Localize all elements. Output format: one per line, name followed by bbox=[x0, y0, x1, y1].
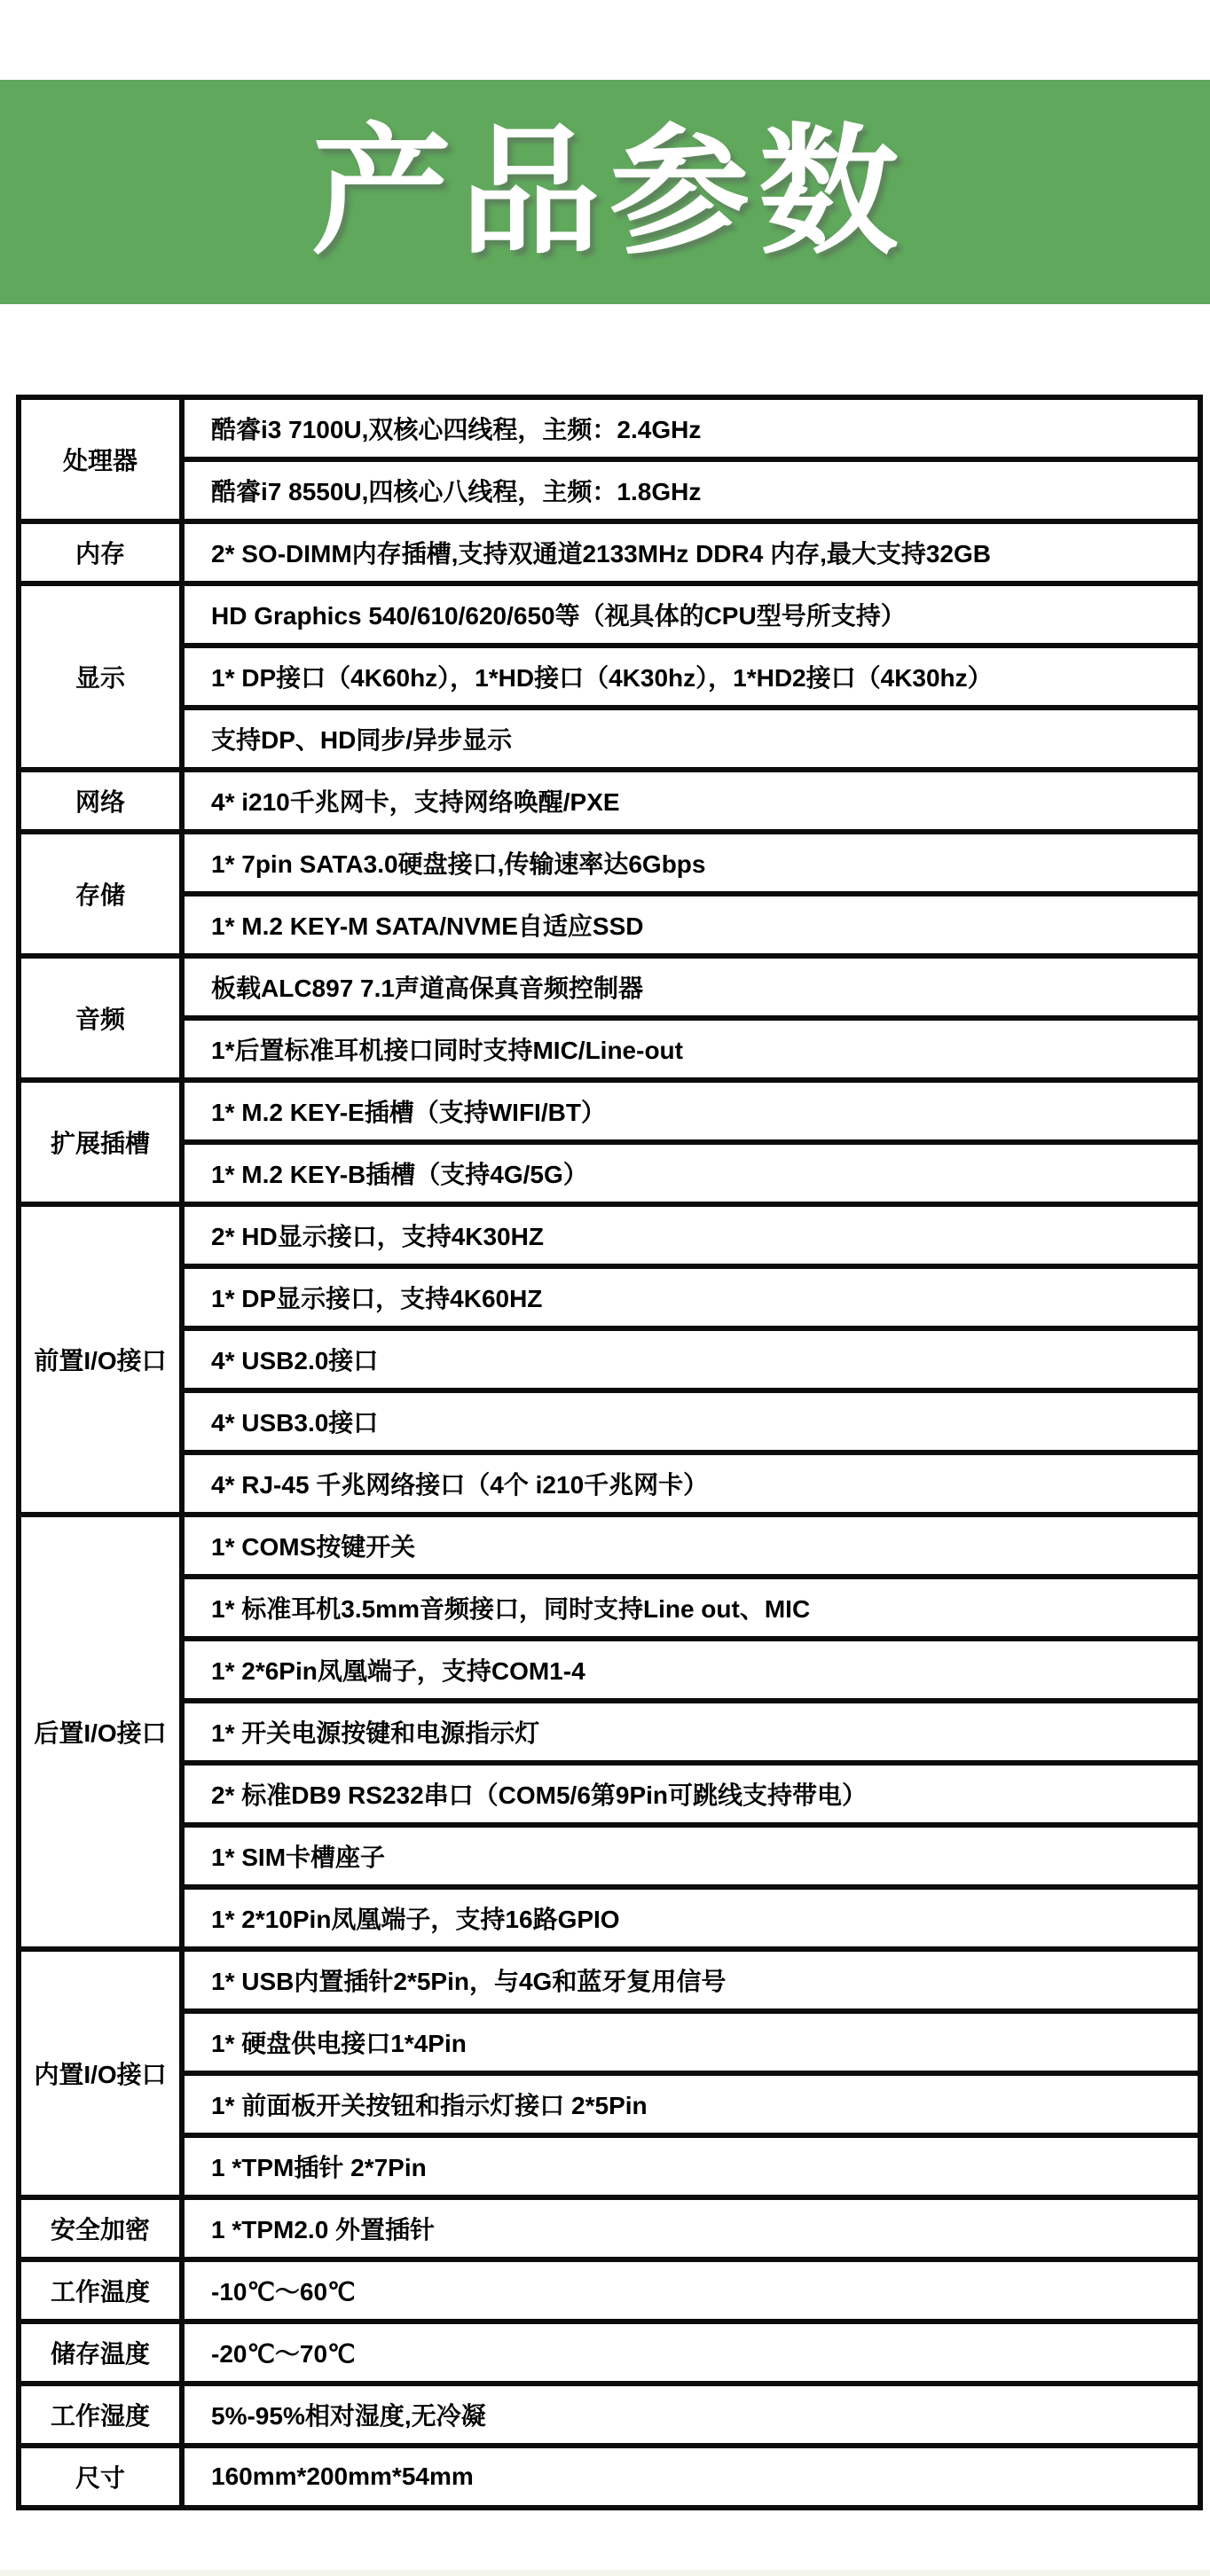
table-row: 存储 1* 7pin SATA3.0硬盘接口,传输速率达6Gbps bbox=[19, 832, 1200, 894]
spec-value: 酷睿i7 8550U,四核心八线程，主频：1.8GHz bbox=[182, 459, 1200, 521]
spec-group-label: 内置I/O接口 bbox=[19, 1949, 182, 2197]
spec-value: 酷睿i3 7100U,双核心四线程，主频：2.4GHz bbox=[182, 397, 1200, 459]
page-title: 产品参数 bbox=[302, 122, 907, 262]
table-row: 扩展插槽 1* M.2 KEY-E插槽（支持WIFI/BT） bbox=[19, 1080, 1200, 1142]
spec-group-label: 扩展插槽 bbox=[19, 1080, 182, 1204]
spec-value: 1* USB内置插针2*5Pin，与4G和蓝牙复用信号 bbox=[182, 1949, 1200, 2011]
spec-value: 1* 2*10Pin凤凰端子，支持16路GPIO bbox=[182, 1887, 1200, 1949]
spec-group-label: 网络 bbox=[19, 770, 182, 832]
spec-value: 1* DP接口（4K60hz），1*HD接口（4K30hz），1*HD2接口（4… bbox=[182, 646, 1200, 708]
table-row: 酷睿i7 8550U,四核心八线程，主频：1.8GHz bbox=[19, 459, 1200, 521]
table-row: 1* 2*6Pin凤凰端子，支持COM1-4 bbox=[19, 1639, 1200, 1701]
spec-value: 1* DP显示接口，支持4K60HZ bbox=[182, 1266, 1200, 1328]
title-banner: 产品参数 bbox=[0, 80, 1210, 304]
table-row: 1* M.2 KEY-B插槽（支持4G/5G） bbox=[19, 1142, 1200, 1204]
table-row: 1* 前面板开关按钮和指示灯接口 2*5Pin bbox=[19, 2073, 1200, 2135]
bottom-strip bbox=[0, 2570, 1210, 2576]
spec-value: 2* 标准DB9 RS232串口（COM5/6第9Pin可跳线支持带电） bbox=[182, 1763, 1200, 1825]
table-row: 支持DP、HD同步/异步显示 bbox=[19, 708, 1200, 770]
table-row: 音频 板载ALC897 7.1声道高保真音频控制器 bbox=[19, 956, 1200, 1018]
spec-table: 处理器 酷睿i3 7100U,双核心四线程，主频：2.4GHz 酷睿i7 855… bbox=[16, 395, 1203, 2510]
spec-value: 板载ALC897 7.1声道高保真音频控制器 bbox=[182, 956, 1200, 1018]
spec-value: 5%-95%相对湿度,无冷凝 bbox=[182, 2384, 1200, 2446]
spec-sheet-page: { "banner": { "title": "产品参数", "bg_color… bbox=[0, 0, 1210, 2576]
spec-group-label: 尺寸 bbox=[19, 2446, 182, 2508]
spec-value: 1* 标准耳机3.5mm音频接口，同时支持Line out、MIC bbox=[182, 1577, 1200, 1639]
spec-value: 1* SIM卡槽座子 bbox=[182, 1825, 1200, 1887]
spec-value: 支持DP、HD同步/异步显示 bbox=[182, 708, 1200, 770]
spec-value: 1* M.2 KEY-M SATA/NVME自适应SSD bbox=[182, 894, 1200, 956]
table-row: 储存温度 -20℃～70℃ bbox=[19, 2322, 1200, 2384]
spec-group-label: 音频 bbox=[19, 956, 182, 1080]
table-row: 2* 标准DB9 RS232串口（COM5/6第9Pin可跳线支持带电） bbox=[19, 1763, 1200, 1825]
table-row: 内存 2* SO-DIMM内存插槽,支持双通道2133MHz DDR4 内存,最… bbox=[19, 521, 1200, 583]
spec-value: -10℃～60℃ bbox=[182, 2259, 1200, 2322]
spec-value: 2* SO-DIMM内存插槽,支持双通道2133MHz DDR4 内存,最大支持… bbox=[182, 521, 1200, 583]
spec-value: 1 *TPM插针 2*7Pin bbox=[182, 2135, 1200, 2197]
table-row: 网络 4* i210千兆网卡，支持网络唤醒/PXE bbox=[19, 770, 1200, 832]
spec-group-label: 工作温度 bbox=[19, 2259, 182, 2322]
table-row: 安全加密 1 *TPM2.0 外置插针 bbox=[19, 2197, 1200, 2259]
table-row: 内置I/O接口 1* USB内置插针2*5Pin，与4G和蓝牙复用信号 bbox=[19, 1949, 1200, 2011]
spec-group-label: 显示 bbox=[19, 583, 182, 770]
spec-value: 1* 硬盘供电接口1*4Pin bbox=[182, 2011, 1200, 2073]
spec-value: HD Graphics 540/610/620/650等（视具体的CPU型号所支… bbox=[182, 583, 1200, 646]
table-row: 工作温度 -10℃～60℃ bbox=[19, 2259, 1200, 2322]
table-row: 1* 2*10Pin凤凰端子，支持16路GPIO bbox=[19, 1887, 1200, 1949]
spec-value: 1* 前面板开关按钮和指示灯接口 2*5Pin bbox=[182, 2073, 1200, 2135]
table-row: 显示 HD Graphics 540/610/620/650等（视具体的CPU型… bbox=[19, 583, 1200, 646]
table-row: 4* USB3.0接口 bbox=[19, 1390, 1200, 1452]
spec-value: 1* 开关电源按键和电源指示灯 bbox=[182, 1701, 1200, 1763]
table-row: 后置I/O接口 1* COMS按键开关 bbox=[19, 1515, 1200, 1577]
spec-group-label: 前置I/O接口 bbox=[19, 1204, 182, 1515]
table-row: 1* DP显示接口，支持4K60HZ bbox=[19, 1266, 1200, 1328]
spec-group-label: 工作湿度 bbox=[19, 2384, 182, 2446]
table-row: 1* 标准耳机3.5mm音频接口，同时支持Line out、MIC bbox=[19, 1577, 1200, 1639]
spec-value: 1*后置标准耳机接口同时支持MIC/Line-out bbox=[182, 1018, 1200, 1080]
spec-value: 1* 7pin SATA3.0硬盘接口,传输速率达6Gbps bbox=[182, 832, 1200, 894]
spec-value: 1* COMS按键开关 bbox=[182, 1515, 1200, 1577]
spec-value: 2* HD显示接口，支持4K30HZ bbox=[182, 1204, 1200, 1266]
spec-group-label: 储存温度 bbox=[19, 2322, 182, 2384]
spec-value: 4* i210千兆网卡，支持网络唤醒/PXE bbox=[182, 770, 1200, 832]
table-row: 1 *TPM插针 2*7Pin bbox=[19, 2135, 1200, 2197]
spec-group-label: 后置I/O接口 bbox=[19, 1515, 182, 1949]
table-row: 处理器 酷睿i3 7100U,双核心四线程，主频：2.4GHz bbox=[19, 397, 1200, 459]
spec-value: 1* M.2 KEY-B插槽（支持4G/5G） bbox=[182, 1142, 1200, 1204]
table-row: 4* USB2.0接口 bbox=[19, 1328, 1200, 1390]
table-row: 1* M.2 KEY-M SATA/NVME自适应SSD bbox=[19, 894, 1200, 956]
spec-value: 4* RJ-45 千兆网络接口（4个 i210千兆网卡） bbox=[182, 1452, 1200, 1515]
spec-value: 4* USB3.0接口 bbox=[182, 1390, 1200, 1452]
table-row: 4* RJ-45 千兆网络接口（4个 i210千兆网卡） bbox=[19, 1452, 1200, 1515]
table-row: 工作湿度 5%-95%相对湿度,无冷凝 bbox=[19, 2384, 1200, 2446]
table-row: 1* 开关电源按键和电源指示灯 bbox=[19, 1701, 1200, 1763]
table-row: 1* SIM卡槽座子 bbox=[19, 1825, 1200, 1887]
spec-value: -20℃～70℃ bbox=[182, 2322, 1200, 2384]
table-row: 尺寸 160mm*200mm*54mm bbox=[19, 2446, 1200, 2508]
spec-value: 160mm*200mm*54mm bbox=[182, 2446, 1200, 2508]
spec-value: 1 *TPM2.0 外置插针 bbox=[182, 2197, 1200, 2259]
spec-group-label: 存储 bbox=[19, 832, 182, 956]
spec-group-label: 内存 bbox=[19, 521, 182, 583]
spec-value: 1* M.2 KEY-E插槽（支持WIFI/BT） bbox=[182, 1080, 1200, 1142]
spec-value: 1* 2*6Pin凤凰端子，支持COM1-4 bbox=[182, 1639, 1200, 1701]
spec-value: 4* USB2.0接口 bbox=[182, 1328, 1200, 1390]
table-row: 1* 硬盘供电接口1*4Pin bbox=[19, 2011, 1200, 2073]
table-row: 1*后置标准耳机接口同时支持MIC/Line-out bbox=[19, 1018, 1200, 1080]
table-row: 前置I/O接口 2* HD显示接口，支持4K30HZ bbox=[19, 1204, 1200, 1266]
table-row: 1* DP接口（4K60hz），1*HD接口（4K30hz），1*HD2接口（4… bbox=[19, 646, 1200, 708]
spec-group-label: 安全加密 bbox=[19, 2197, 182, 2259]
spec-group-label: 处理器 bbox=[19, 397, 182, 521]
